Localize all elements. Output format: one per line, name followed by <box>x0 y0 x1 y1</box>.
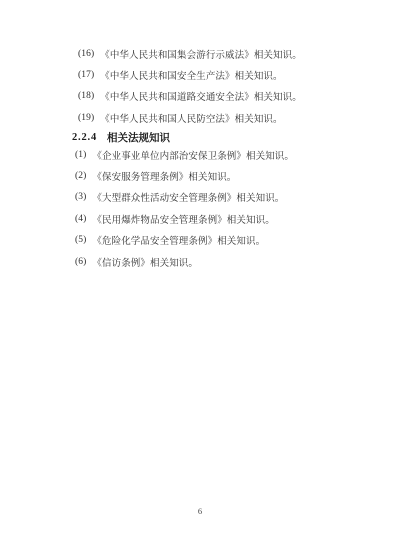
item-number: (1) <box>75 150 86 160</box>
document-page: (16) 《中华人民共和国集会游行示威法》相关知识。 (17) 《中华人民共和国… <box>0 0 400 555</box>
regulation-knowledge-list: (1) 《企业事业单位内部治安保卫条例》相关知识。 (2) 《保安服务管理条例》… <box>75 144 294 272</box>
item-text: 《大型群众性活动安全管理条例》相关知识。 <box>92 190 284 204</box>
list-item: (17) 《中华人民共和国安全生产法》相关知识。 <box>78 64 302 85</box>
item-number: (17) <box>78 70 94 80</box>
list-item: (16) 《中华人民共和国集会游行示威法》相关知识。 <box>78 43 302 64</box>
item-text: 《民用爆炸物品安全管理条例》相关知识。 <box>92 212 274 226</box>
item-number: (19) <box>78 113 94 123</box>
item-number: (6) <box>75 257 86 267</box>
list-item: (1) 《企业事业单位内部治安保卫条例》相关知识。 <box>75 144 294 165</box>
item-text: 《中华人民共和国人民防空法》相关知识。 <box>100 111 282 125</box>
section-title: 相关法规知识 <box>107 130 170 145</box>
item-number: (3) <box>75 192 86 202</box>
list-item: (2) 《保安服务管理条例》相关知识。 <box>75 165 294 186</box>
page-number: 6 <box>0 506 400 516</box>
list-item: (19) 《中华人民共和国人民防空法》相关知识。 <box>78 107 302 128</box>
item-text: 《企业事业单位内部治安保卫条例》相关知识。 <box>92 148 294 162</box>
list-item: (3) 《大型群众性活动安全管理条例》相关知识。 <box>75 187 294 208</box>
item-number: (5) <box>75 235 86 245</box>
list-item: (5) 《危险化学品安全管理条例》相关知识。 <box>75 230 294 251</box>
item-number: (16) <box>78 49 94 59</box>
item-text: 《信访条例》相关知识。 <box>92 255 198 269</box>
item-text: 《保安服务管理条例》相关知识。 <box>92 169 236 183</box>
item-number: (2) <box>75 171 86 181</box>
item-text: 《中华人民共和国道路交通安全法》相关知识。 <box>100 89 302 103</box>
list-item: (18) 《中华人民共和国道路交通安全法》相关知识。 <box>78 86 302 107</box>
law-knowledge-list-continued: (16) 《中华人民共和国集会游行示威法》相关知识。 (17) 《中华人民共和国… <box>78 43 302 129</box>
item-text: 《中华人民共和国安全生产法》相关知识。 <box>100 68 282 82</box>
item-text: 《中华人民共和国集会游行示威法》相关知识。 <box>100 47 302 61</box>
item-text: 《危险化学品安全管理条例》相关知识。 <box>92 233 265 247</box>
list-item: (6) 《信访条例》相关知识。 <box>75 251 294 272</box>
item-number: (4) <box>75 214 86 224</box>
item-number: (18) <box>78 91 94 101</box>
list-item: (4) 《民用爆炸物品安全管理条例》相关知识。 <box>75 208 294 229</box>
section-number: 2.2.4 <box>72 132 97 143</box>
